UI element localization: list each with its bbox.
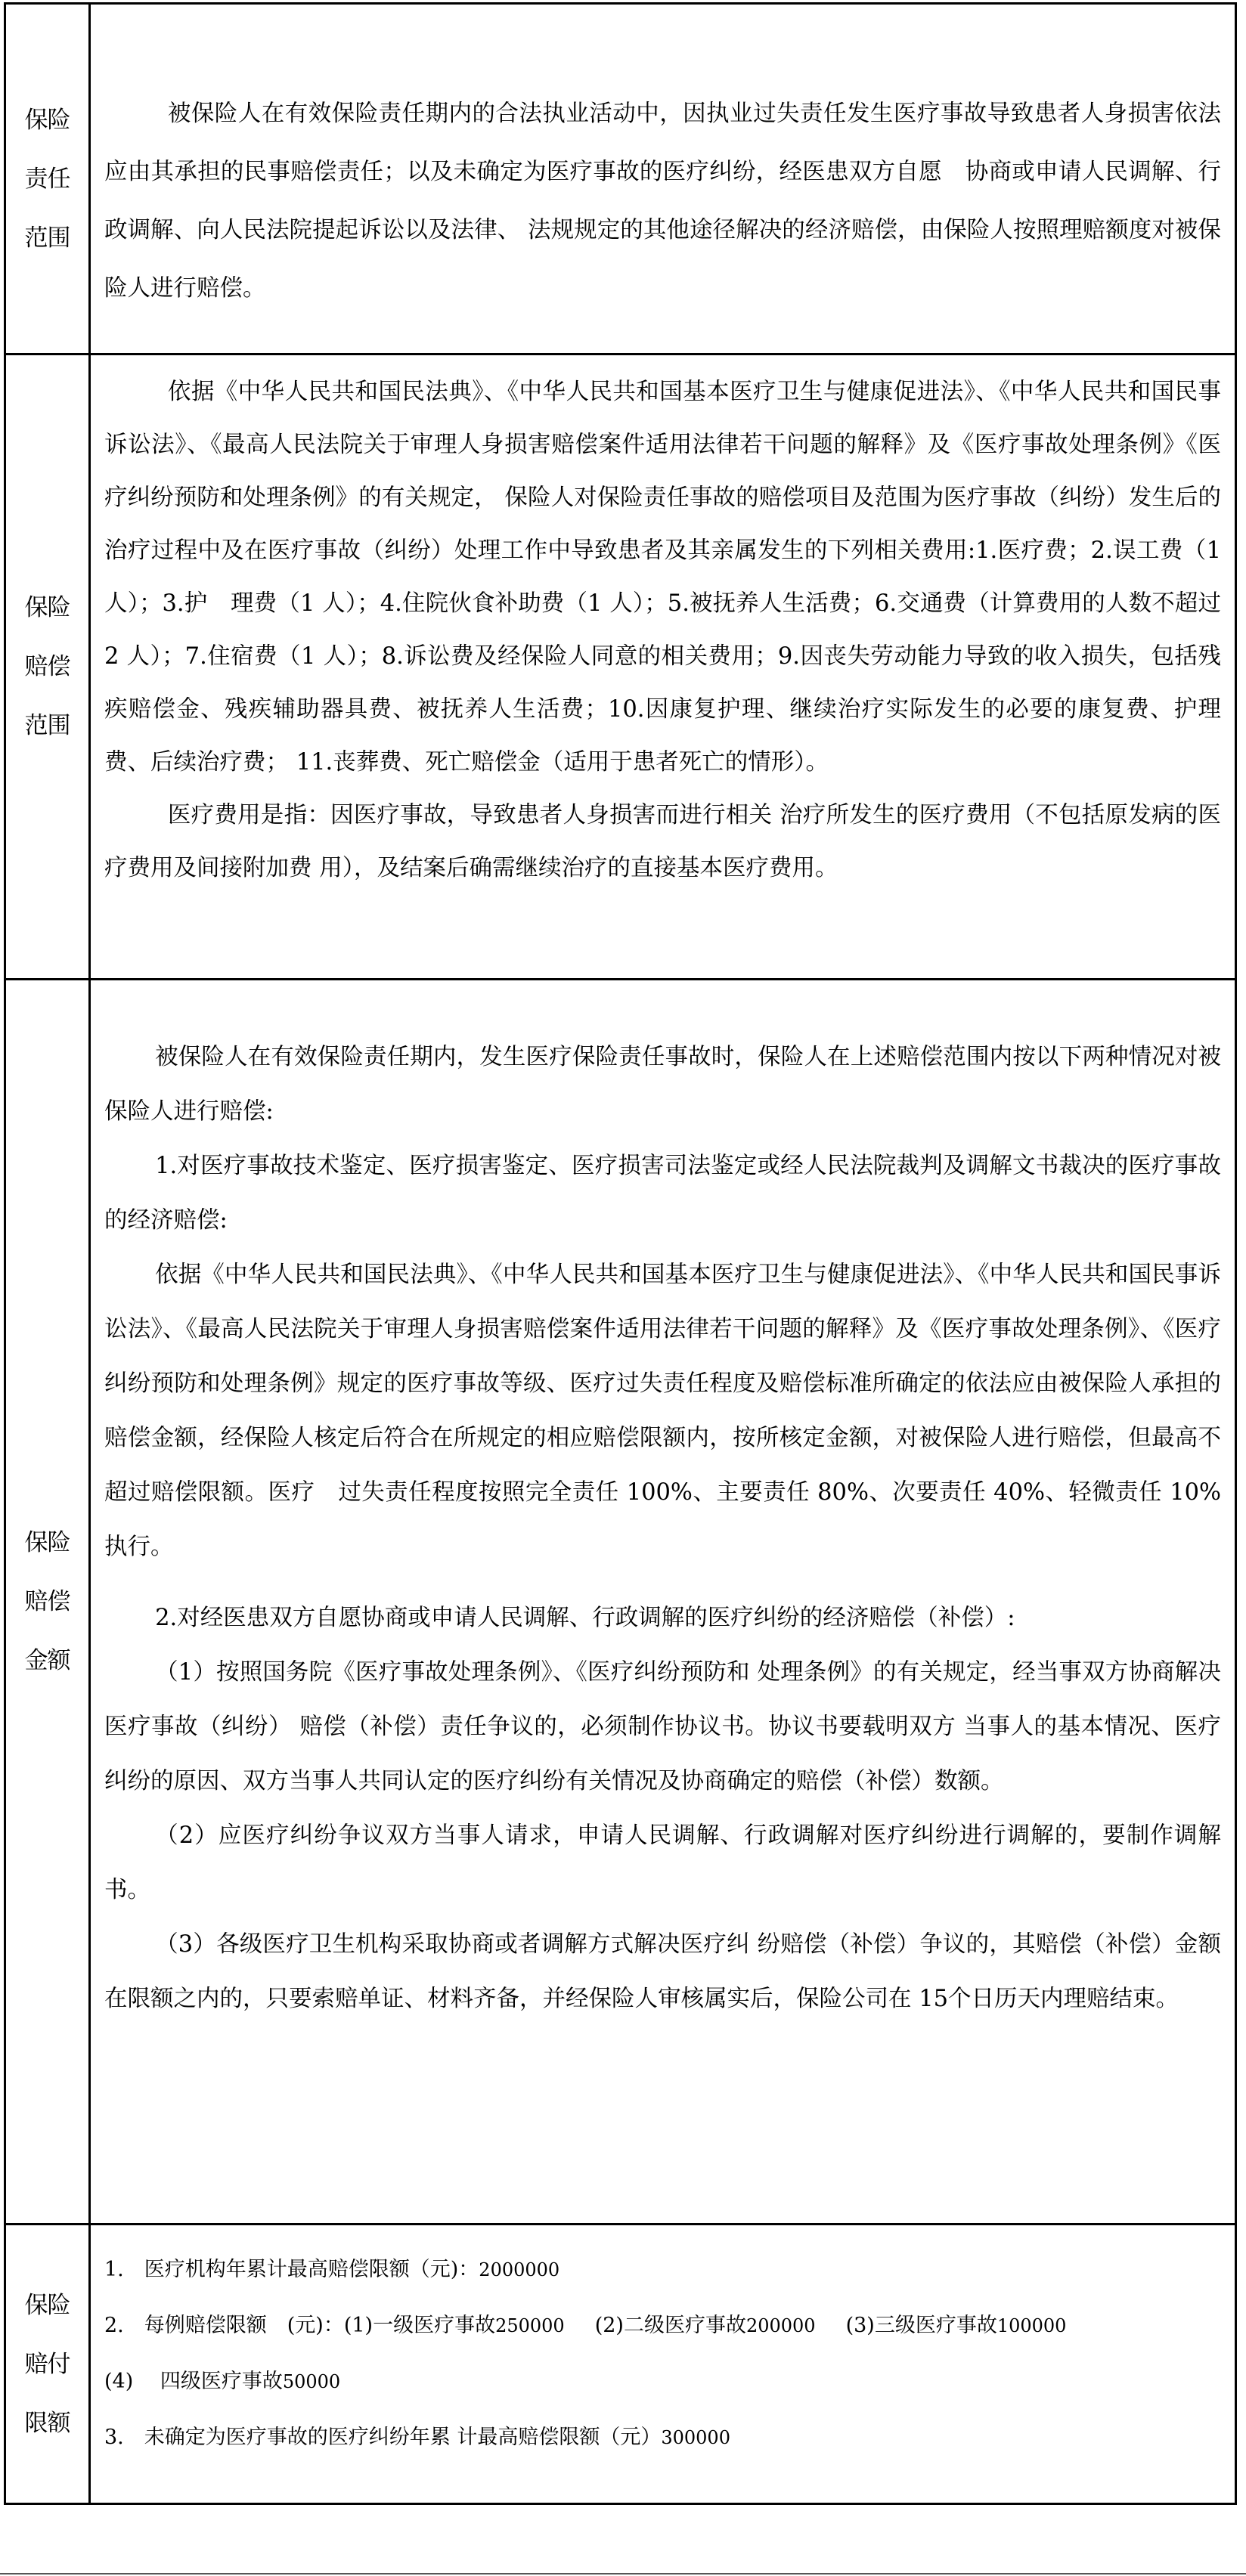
paragraph: 依据《中华人民共和国民法典》、《中华人民共和国基本医疗卫生与健康促进法》、《中华…: [104, 1248, 1221, 1574]
grade-amount: 200000: [746, 2315, 816, 2336]
label-line: 保险: [25, 2276, 70, 2335]
limit-label: 3. 未确定为医疗事故的医疗纠纷年累 计最高赔偿限额（元）: [104, 2426, 661, 2449]
limit-per-case: 2. 每例赔偿限额 (元)：(1)一级医疗事故250000(2)二级医疗事故20…: [104, 2298, 1221, 2354]
limit-annual-total: 1. 医疗机构年累计最高赔偿限额（元)：2000000: [104, 2242, 1221, 2298]
page-bottom-rule: [0, 2573, 1246, 2574]
insurance-terms-table: 保险 责任 范围 被保险人在有效保险责任期内的合法执业活动中，因执业过失责任发生…: [4, 2, 1237, 2505]
grade-amount: 50000: [283, 2371, 340, 2392]
row-content: 被保险人在有效保险责任期内的合法执业活动中，因执业过失责任发生医疗事故导致患者人…: [91, 5, 1235, 353]
paragraph: 2.对经医患双方自愿协商或申请人民调解、行政调解的医疗纠纷的经济赔偿（补偿）:: [104, 1591, 1221, 1646]
row-content: 被保险人在有效保险责任期内，发生医疗保险责任事故时，保险人在上述赔偿范围内按以下…: [91, 980, 1235, 2223]
grade-label: (2)二级医疗事故: [595, 2314, 746, 2337]
label-line: 保险: [25, 578, 70, 637]
paragraph: 依据《中华人民共和国民法典》、《中华人民共和国基本医疗卫生与健康促进法》、《中华…: [104, 366, 1221, 789]
label-line: 范围: [25, 209, 70, 268]
label-line: 赔偿: [25, 1572, 70, 1631]
grade-label: (3)三级医疗事故: [846, 2314, 997, 2337]
limit-grade-four: (4) 四级医疗事故50000: [104, 2354, 1221, 2410]
row-payout-limits: 保险 赔付 限额 1. 医疗机构年累计最高赔偿限额（元)：2000000 2. …: [6, 2223, 1235, 2503]
label-line: 限额: [25, 2394, 70, 2453]
row-content: 依据《中华人民共和国民法典》、《中华人民共和国基本医疗卫生与健康促进法》、《中华…: [91, 355, 1235, 978]
row-content: 1. 医疗机构年累计最高赔偿限额（元)：2000000 2. 每例赔偿限额 (元…: [91, 2225, 1235, 2503]
label-line: 保险: [25, 1513, 70, 1572]
limit-label: 2. 每例赔偿限额 (元)：: [104, 2314, 344, 2337]
row-label: 保险 赔偿 金额: [6, 980, 91, 2223]
label-line: 保险: [25, 91, 70, 150]
grade-label: (1)一级医疗事故: [344, 2314, 495, 2337]
label-line: 金额: [25, 1631, 70, 1690]
paragraph: （3）各级医疗卫生机构采取协商或者调解方式解决医疗纠 纷赔偿（补偿）争议的，其赔…: [104, 1918, 1221, 2026]
limit-dispute-annual: 3. 未确定为医疗事故的医疗纠纷年累 计最高赔偿限额（元）300000: [104, 2410, 1221, 2466]
label-line: 范围: [25, 696, 70, 755]
paragraph: （1）按照国务院《医疗事故处理条例》、《医疗纠纷预防和 处理条例》的有关规定，经…: [104, 1646, 1221, 1809]
row-label: 保险 赔付 限额: [6, 2225, 91, 2503]
limit-amount: 2000000: [479, 2259, 559, 2280]
label-line: 责任: [25, 150, 70, 209]
row-label: 保险 责任 范围: [6, 5, 91, 353]
grade-label: (4) 四级医疗事故: [104, 2370, 283, 2393]
grade-amount: 250000: [495, 2315, 565, 2336]
row-compensation-scope: 保险 赔偿 范围 依据《中华人民共和国民法典》、《中华人民共和国基本医疗卫生与健…: [6, 353, 1235, 978]
paragraph: 被保险人在有效保险责任期内的合法执业活动中，因执业过失责任发生医疗事故导致患者人…: [104, 85, 1221, 317]
label-line: 赔付: [25, 2335, 70, 2394]
row-label: 保险 赔偿 范围: [6, 355, 91, 978]
limit-label: 1. 医疗机构年累计最高赔偿限额（元)：: [104, 2258, 479, 2281]
limit-amount: 300000: [661, 2427, 730, 2448]
label-line: 赔偿: [25, 637, 70, 696]
grade-amount: 100000: [997, 2315, 1067, 2336]
row-compensation-amount: 保险 赔偿 金额 被保险人在有效保险责任期内，发生医疗保险责任事故时，保险人在上…: [6, 978, 1235, 2223]
paragraph: （2）应医疗纠纷争议双方当事人请求，申请人民调解、行政调解对医疗纠纷进行调解的，…: [104, 1809, 1221, 1918]
row-liability-scope: 保险 责任 范围 被保险人在有效保险责任期内的合法执业活动中，因执业过失责任发生…: [6, 5, 1235, 353]
paragraph: 医疗费用是指：因医疗事故，导致患者人身损害而进行相关 治疗所发生的医疗费用（不包…: [104, 789, 1221, 895]
paragraph: 1.对医疗事故技术鉴定、医疗损害鉴定、医疗损害司法鉴定或经人民法院裁判及调解文书…: [104, 1139, 1221, 1248]
paragraph: 被保险人在有效保险责任期内，发生医疗保险责任事故时，保险人在上述赔偿范围内按以下…: [104, 1030, 1221, 1139]
